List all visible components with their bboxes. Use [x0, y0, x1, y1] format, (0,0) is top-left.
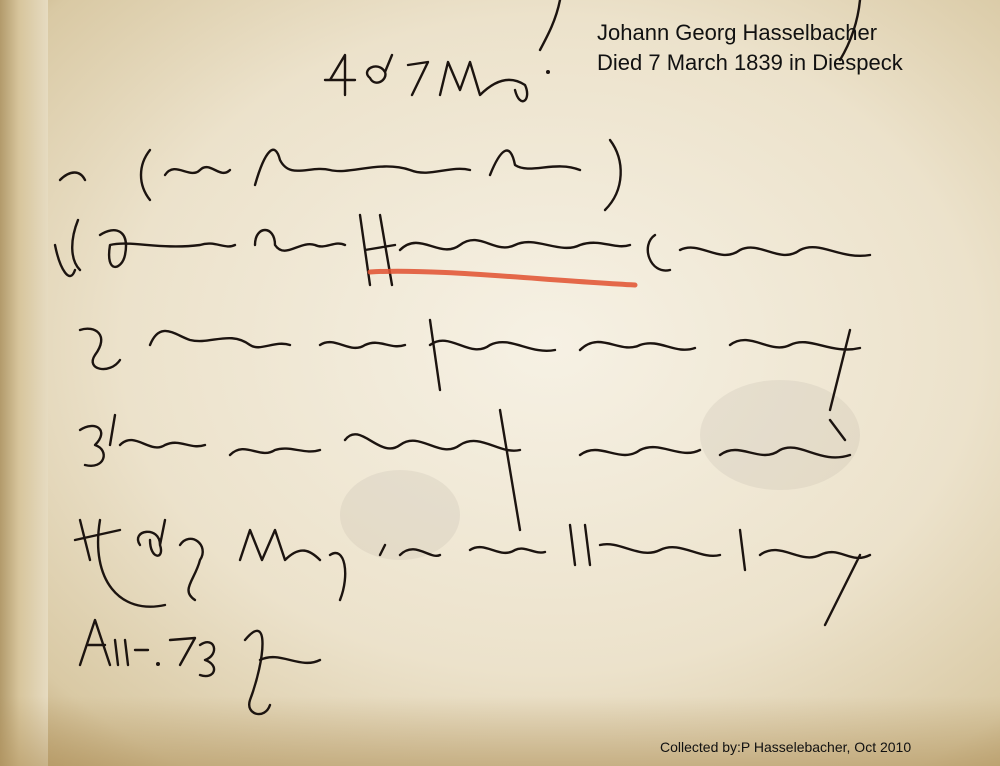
red-underline [370, 271, 635, 285]
manuscript-page: Johann Georg Hasselbacher Died 7 March 1… [0, 0, 1000, 766]
caption-death-info: Died 7 March 1839 in Diespeck [597, 48, 903, 78]
document-caption: Johann Georg Hasselbacher Died 7 March 1… [597, 18, 903, 78]
caption-name: Johann Georg Hasselbacher [597, 18, 903, 48]
collection-credit: Collected by:P Hasselebacher, Oct 2010 [660, 739, 911, 755]
handwritten-entry [0, 0, 1000, 766]
